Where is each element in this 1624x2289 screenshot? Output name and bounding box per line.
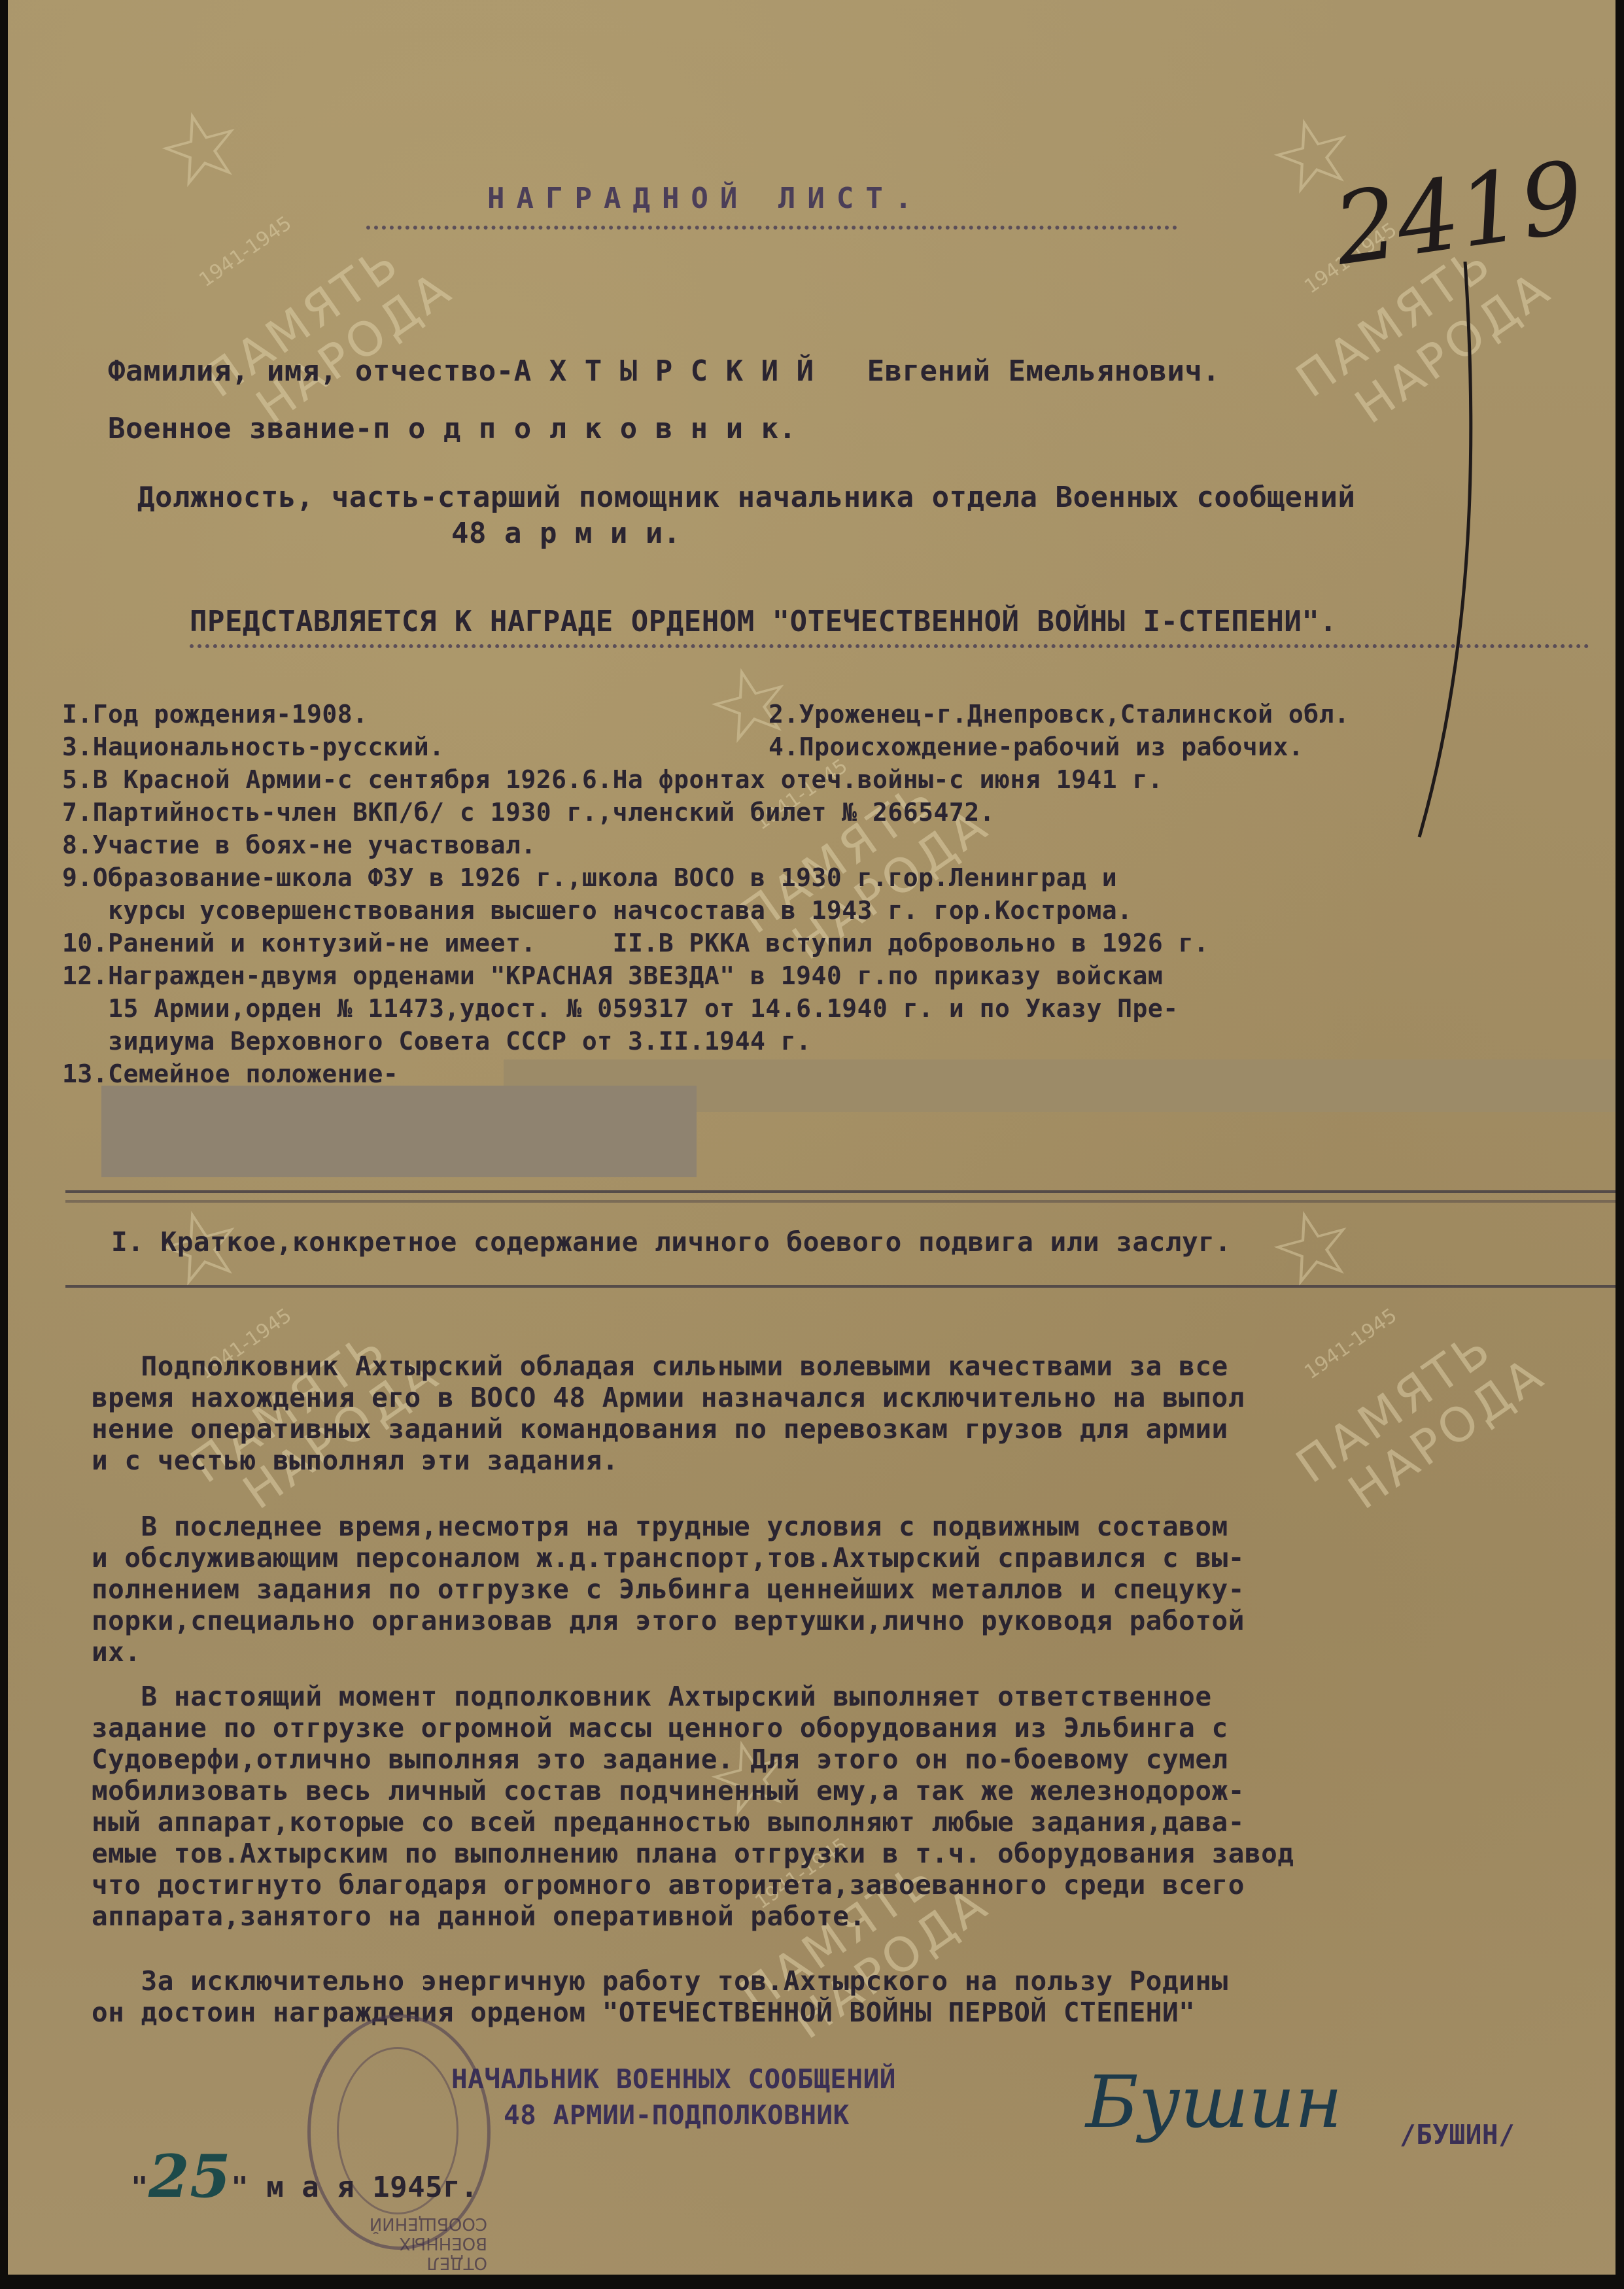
nomination-underline xyxy=(190,644,1589,652)
paragraph-line: В настоящий момент подполковник Ахтырски… xyxy=(92,1681,1212,1712)
fio-field: Фамилия, имя, отчество-А Х Т Ы Р С К И Й… xyxy=(108,354,1220,388)
paragraph-line: их. xyxy=(92,1636,141,1668)
document-title: НАГРАДНОЙ ЛИСТ. xyxy=(487,182,924,215)
list-item: I.Год рождения-1908. xyxy=(62,700,368,729)
list-item: 3.Национальность-русский. xyxy=(62,732,444,761)
section-title: I. Краткое,конкретное содержание личного… xyxy=(111,1226,1232,1258)
divider xyxy=(65,1285,1615,1288)
fio-label: Фамилия, имя, отчество- xyxy=(108,354,514,388)
paragraph-line: и обслуживающим персоналом ж.д.транспорт… xyxy=(92,1542,1245,1574)
paragraph-line: Судоверфи,отлично выполняя это задание. … xyxy=(92,1744,1228,1775)
official-stamp: ОТДЕЛ ВОЕННЫХ СООБЩЕНИЙ xyxy=(307,2014,491,2250)
paragraph-line: порки,специально организовав для этого в… xyxy=(92,1605,1245,1636)
list-item: 5.В Красной Армии-с сентября 1926.6.На ф… xyxy=(62,765,1163,794)
paragraph-line: задание по отгрузке огромной массы ценно… xyxy=(92,1712,1228,1744)
paragraph-line: емые тов.Ахтырским по выполнению плана о… xyxy=(92,1838,1294,1869)
divider xyxy=(65,1190,1615,1193)
list-item: курсы усовершенствования высшего начсост… xyxy=(62,896,1132,925)
position-value-line2: 48 а р м и и. xyxy=(451,517,681,550)
list-item: 15 Армии,орден № 11473,удост. № 059317 о… xyxy=(62,994,1179,1023)
scan-edge-right xyxy=(1615,0,1624,2289)
paragraph-line: ный аппарат,которые со всей преданностью… xyxy=(92,1806,1245,1838)
title-underline xyxy=(366,226,1177,233)
list-item: 7.Партийность-член ВКП/б/ с 1930 г.,член… xyxy=(62,798,995,827)
nomination-line: ПРЕДСТАВЛЯЕТСЯ К НАГРАДЕ ОРДЕНОМ "ОТЕЧЕС… xyxy=(190,605,1337,638)
date-day: 25 xyxy=(148,2142,231,2211)
rank-value: п о д п о л к о в н и к. xyxy=(373,412,797,445)
signatory-title-line2: 48 АРМИИ-ПОДПОЛКОВНИК xyxy=(504,2099,850,2131)
signatory-title-line1: НАЧАЛЬНИК ВОЕННЫХ СООБЩЕНИЙ xyxy=(451,2063,896,2095)
signature: Бушин xyxy=(1086,2060,1342,2144)
fio-value: А Х Т Ы Р С К И Й Евгений Емельянович. xyxy=(514,354,1220,388)
list-item: 9.Образование-школа ФЗУ в 1926 г.,школа … xyxy=(62,863,1117,892)
position-label: Должность, часть- xyxy=(137,481,438,514)
pen-stroke xyxy=(1406,262,1485,850)
paragraph-line: За исключительно энергичную работу тов.А… xyxy=(92,1965,1228,1997)
signatory-name: /БУШИН/ xyxy=(1400,2119,1515,2150)
paragraph-line: В последнее время,несмотря на трудные ус… xyxy=(92,1511,1228,1542)
paragraph-line: аппарата,занятого на данной оперативной … xyxy=(92,1901,866,1932)
list-item: 2.Уроженец-г.Днепровск,Сталинской обл. xyxy=(769,700,1349,729)
scan-edge-bottom xyxy=(0,2275,1624,2289)
scan-edge-left xyxy=(0,0,8,2289)
position-field: Должность, часть-старший помощник началь… xyxy=(137,481,1355,514)
paragraph-line: время нахождения его в ВОСО 48 Армии наз… xyxy=(92,1382,1245,1413)
redaction-box xyxy=(101,1086,697,1177)
list-item: 10.Ранений и контузий-не имеет. II.В РКК… xyxy=(62,929,1209,957)
list-item: 8.Участие в боях-не участвовал. xyxy=(62,831,536,859)
list-item: 12.Награжден-двумя орденами "КРАСНАЯ ЗВЕ… xyxy=(62,961,1163,990)
rank-label: Военное звание- xyxy=(108,412,373,445)
paragraph-line: что достигнуто благодаря огромного автор… xyxy=(92,1869,1245,1901)
paragraph-line: Подполковник Ахтырский обладая сильными … xyxy=(92,1351,1228,1382)
divider xyxy=(65,1200,1615,1203)
list-item: 13.Семейное положение- xyxy=(62,1059,398,1088)
list-item: зидиума Верховного Совета СССР от 3.II.1… xyxy=(62,1027,812,1056)
paragraph-line: нение оперативных заданий командования п… xyxy=(92,1413,1228,1445)
list-item: 4.Происхождение-рабочий из рабочих. xyxy=(769,732,1304,761)
paragraph-line: он достоин награждения орденом "ОТЕЧЕСТВ… xyxy=(92,1997,1195,2028)
paragraph-line: полнением задания по отгрузке с Эльбинга… xyxy=(92,1574,1245,1605)
paragraph-line: и с честью выполнял эти задания. xyxy=(92,1445,619,1476)
paragraph-line: мобилизовать весь личный состав подчинен… xyxy=(92,1775,1245,1806)
date: "25" м а я 1945г. xyxy=(131,2142,478,2211)
position-value: старший помощник начальника отдела Военн… xyxy=(438,481,1356,514)
rank-field: Военное звание-п о д п о л к о в н и к. xyxy=(108,412,797,445)
date-month-year: " м а я 1945г. xyxy=(231,2171,478,2204)
